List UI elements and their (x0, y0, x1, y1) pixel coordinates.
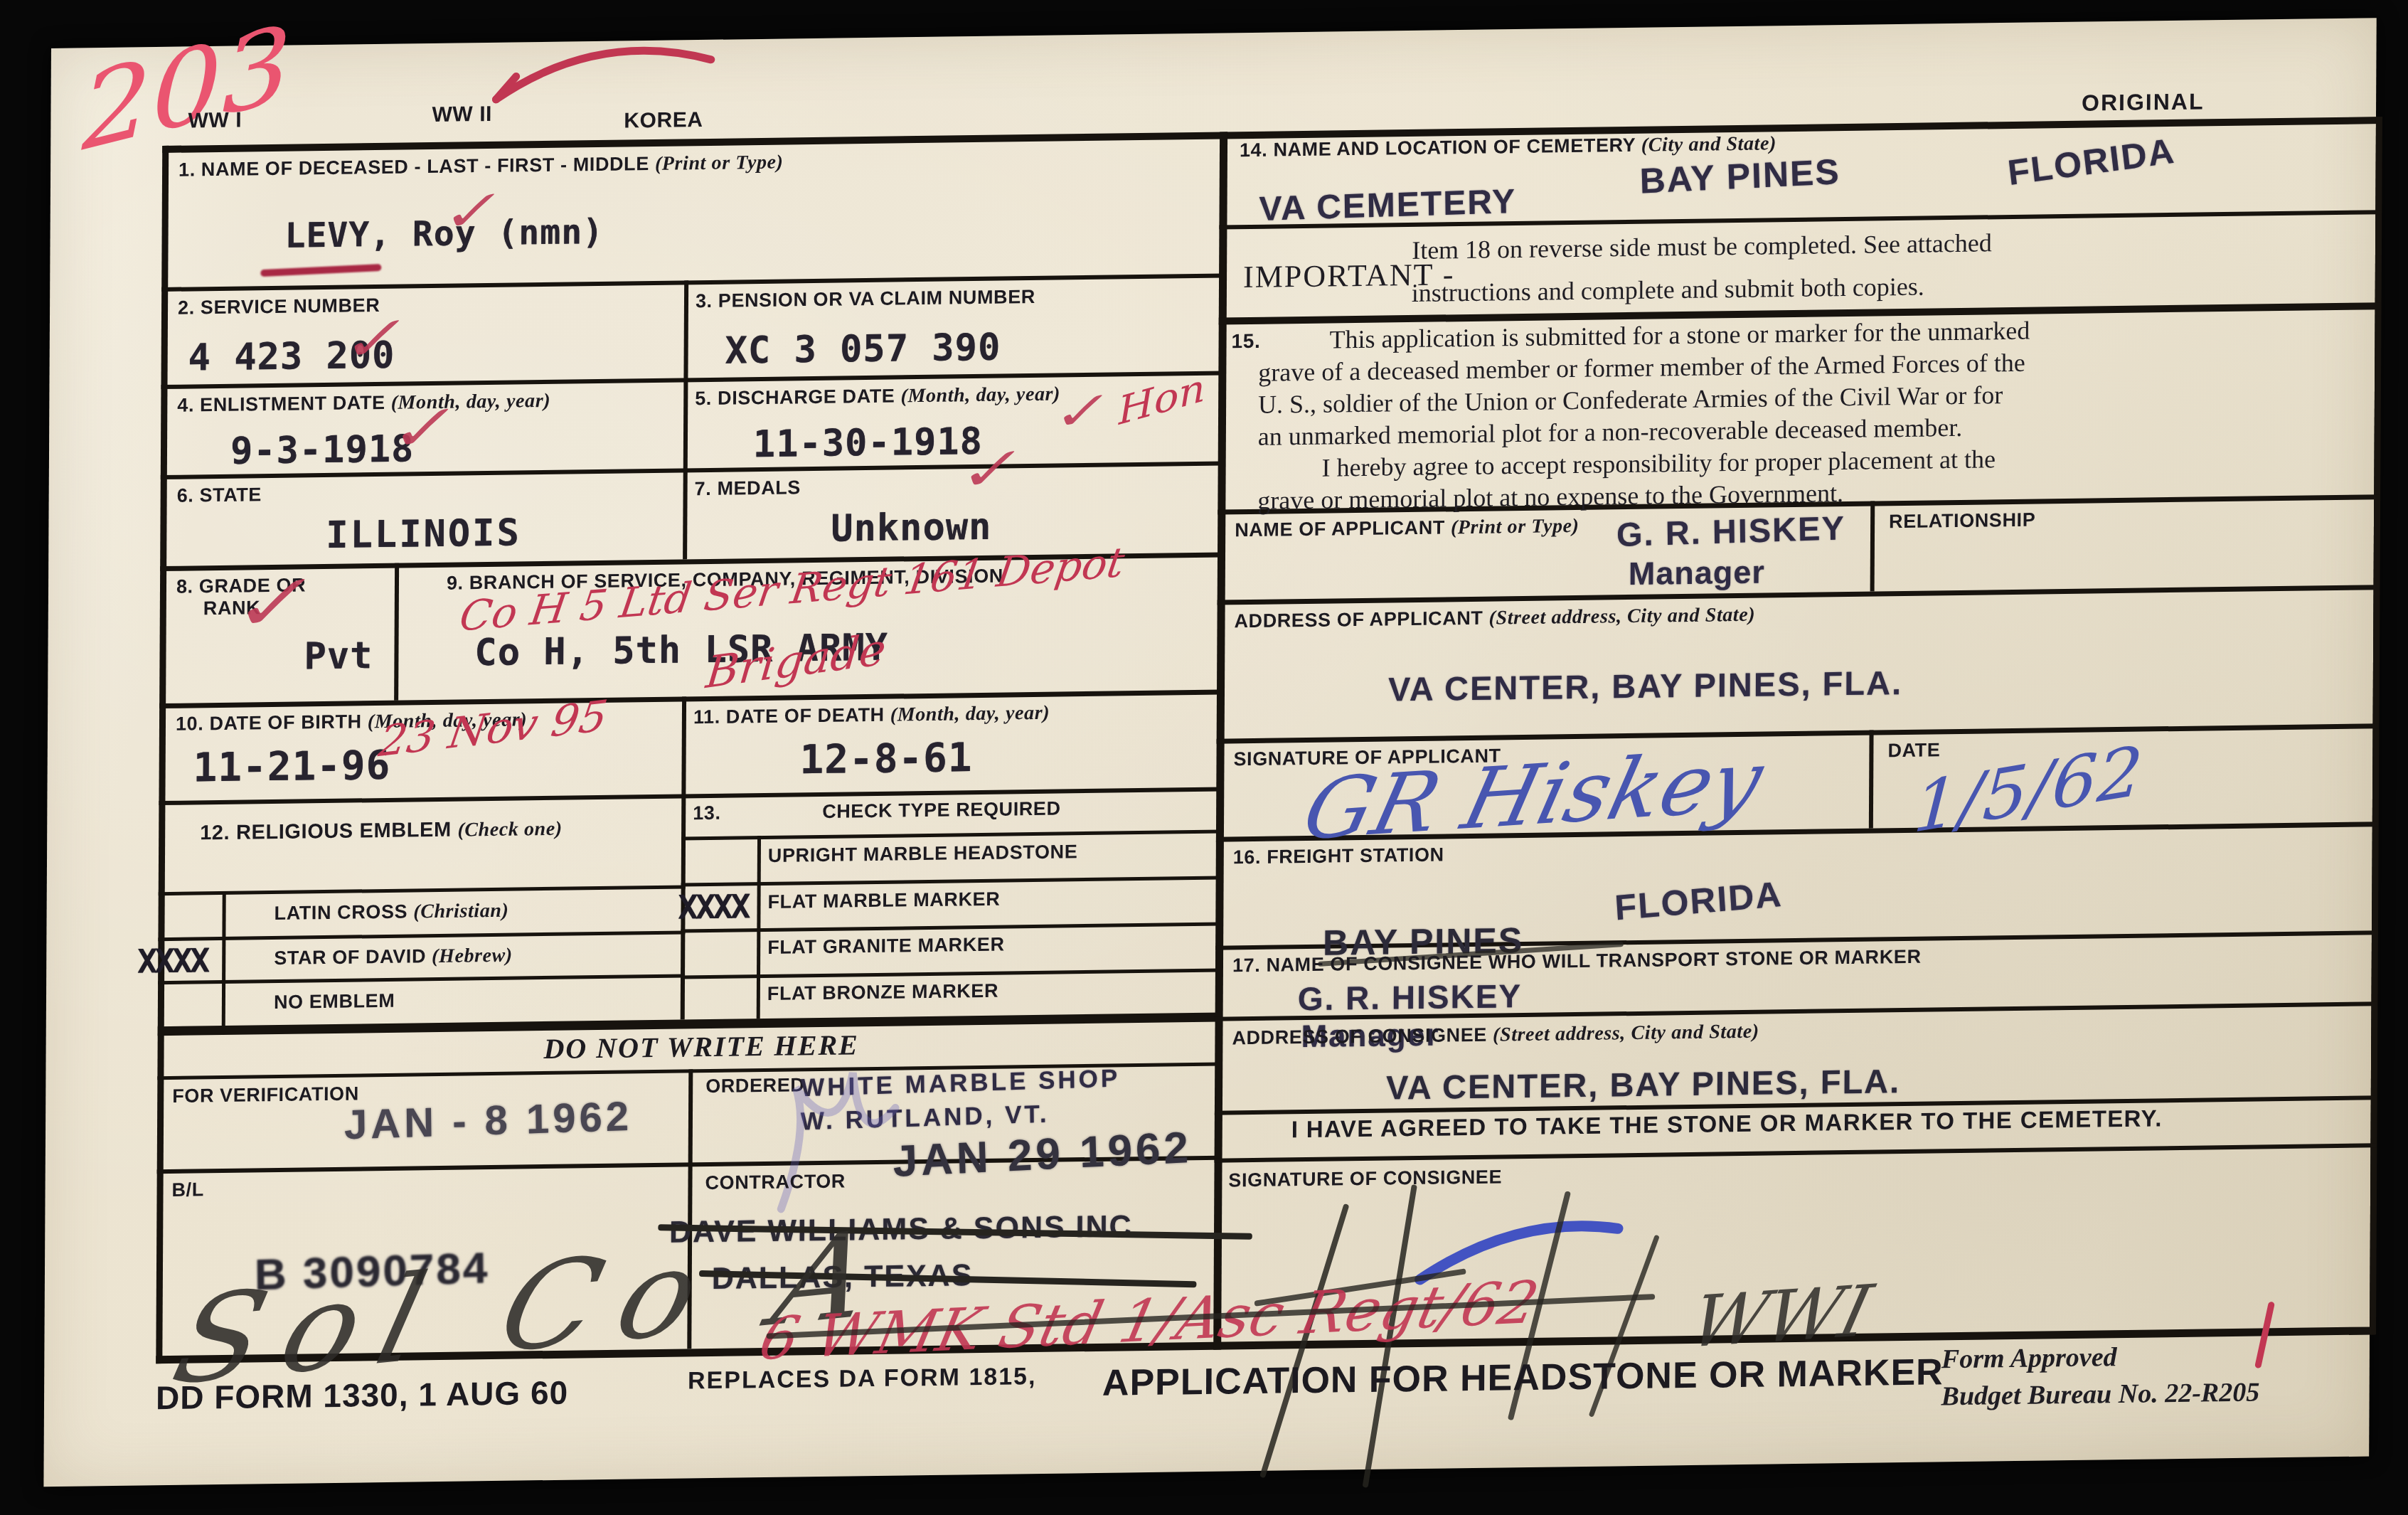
applicant-address-label: ADDRESS OF APPLICANT (Street address, Ci… (1234, 604, 1755, 634)
box15-line5: I hereby agree to accept responsibility … (1322, 444, 1996, 482)
consignee-address-label-italic: (Street address, City and State) (1493, 1021, 1759, 1046)
grid-line (757, 836, 761, 1019)
field-religious-emblem-label: 12. RELIGIOUS EMBLEM (Check one) (200, 817, 563, 846)
date-label: DATE (1887, 739, 1940, 762)
red-checkmark-icon: ✓ (339, 302, 415, 376)
scanned-document: 203 WW I WW II KOREA ORIGINAL 1. NAME OF… (0, 0, 2408, 1515)
field-claim-number-label: 3. PENSION OR VA CLAIM NUMBER (696, 286, 1035, 312)
type-selected-mark: XXXX (678, 887, 748, 926)
field-deceased-name-label: 1. NAME OF DECEASED - LAST - FIRST - MID… (179, 151, 784, 182)
type-option-flat-marble: FLAT MARBLE MARKER (767, 888, 1000, 913)
cemetery-stamp-va: VA CEMETERY (1259, 182, 1516, 229)
red-checkmark-icon: ✓ (1050, 378, 1117, 442)
type-option-upright-marble: UPRIGHT MARBLE HEADSTONE (768, 841, 1078, 867)
grid-line (156, 146, 169, 1363)
applicant-name-stamp: G. R. HISKEY (1616, 508, 1845, 554)
applicant-name-label: NAME OF APPLICANT (Print or Type) (1235, 515, 1579, 542)
emblem-option-latin-cross: LATIN CROSS (Christian) (274, 900, 508, 925)
field-deceased-name-label-italic: (Print or Type) (655, 151, 784, 175)
field-discharge-date-label-italic: (Month, day, year) (901, 383, 1061, 407)
field-death-date-label-text: 11. DATE OF DEATH (693, 704, 885, 728)
consignee-address-stamp: VA CENTER, BAY PINES, FLA. (1386, 1061, 1900, 1107)
emblem-option-label: LATIN CROSS (275, 901, 408, 924)
field-check-type-label: CHECK TYPE REQUIRED (822, 798, 1061, 823)
footer-approved-line2: Budget Bureau No. 22-R205 (1941, 1377, 2260, 1413)
branch-red-note-line1: Co H 5 Ltd Ser Regt 161 Depot (457, 538, 1128, 641)
copy-type-label: ORIGINAL (2082, 88, 2205, 116)
grid-line (222, 891, 226, 1026)
grid-line (1217, 723, 2379, 743)
grid-line (158, 974, 685, 984)
verification-date-stamp: JAN - 8 1962 (344, 1093, 633, 1149)
field-religious-emblem-label-text: 12. RELIGIOUS EMBLEM (200, 819, 452, 845)
field-religious-emblem-label-italic: (Check one) (457, 818, 563, 841)
applicant-title-stamp: Manager (1629, 554, 1765, 593)
signature-date-value: 1/5/62 (1911, 731, 2145, 849)
field-cemetery-label-text: 14. NAME AND LOCATION OF CEMETERY (1240, 134, 1636, 161)
freight-state-stamp: FLORIDA (1614, 873, 1784, 928)
consignee-address-label-text: ADDRESS OF CONSIGNEE (1232, 1024, 1487, 1049)
grid-line (1215, 1143, 2377, 1162)
grid-line (681, 969, 1220, 979)
freight-station-label: 16. FREIGHT STATION (1233, 844, 1444, 868)
war-label-korea: KOREA (624, 108, 703, 133)
contractor-label: CONTRACTOR (705, 1171, 846, 1195)
grid-line (1869, 730, 1874, 829)
grid-line (681, 876, 1221, 887)
grid-line (1870, 501, 1875, 591)
field-state-value: ILLINOIS (326, 511, 521, 557)
grid-line (683, 280, 688, 559)
grid-line (394, 563, 399, 701)
cemetery-stamp-state: FLORIDA (2005, 130, 2177, 193)
important-line1: Item 18 on reverse side must be complete… (1412, 228, 1992, 265)
grid-line (161, 273, 1224, 292)
war-label-ww1: WW I (188, 108, 242, 133)
relationship-label: RELATIONSHIP (1889, 509, 2035, 533)
emblem-option-label-italic: (Hebrew) (432, 945, 513, 967)
field-medals-label: 7. MEDALS (695, 477, 801, 500)
bottom-wwi-scrawl: WWI (1683, 1269, 1880, 1363)
footer-form-id: DD FORM 1330, 1 AUG 60 (156, 1373, 568, 1418)
field-deceased-name-label-text: 1. NAME OF DECEASED - LAST - FIRST - MID… (179, 153, 649, 181)
important-line2: instructions and complete and submit bot… (1412, 272, 1924, 308)
grid-line (1218, 585, 2380, 605)
field-cemetery-label-italic: (City and State) (1641, 132, 1776, 156)
grid-line (159, 885, 686, 895)
footer-title: APPLICATION FOR HEADSTONE OR MARKER (1102, 1351, 1944, 1404)
grid-line (158, 930, 685, 941)
war-label-ww2: WW II (432, 102, 492, 127)
applicant-address-label-italic: (Street address, City and State) (1489, 604, 1756, 629)
red-check-swoosh-icon (490, 27, 725, 115)
emblem-option-label-italic: (Christian) (413, 900, 508, 923)
grid-line (681, 830, 1221, 841)
applicant-address-stamp: VA CENTER, BAY PINES, FLA. (1388, 663, 1902, 708)
field-death-date-label: 11. DATE OF DEATH (Month, day, year) (693, 702, 1050, 730)
type-option-flat-granite: FLAT GRANITE MARKER (767, 934, 1005, 959)
field-birth-date-value: 11-21-96 (193, 743, 390, 792)
field-discharge-date-label-text: 5. DISCHARGE DATE (695, 386, 895, 410)
applicant-name-label-text: NAME OF APPLICANT (1235, 516, 1445, 541)
footer-replaces: REPLACES DA FORM 1815, (688, 1363, 1037, 1395)
field-state-label: 6. STATE (177, 484, 262, 507)
type-option-flat-bronze: FLAT BRONZE MARKER (767, 980, 998, 1005)
emblem-option-star-of-david: STAR OF DAVID (Hebrew) (274, 945, 513, 970)
applicant-address-label-text: ADDRESS OF APPLICANT (1234, 607, 1483, 632)
field-grade-value: Pvt (304, 634, 373, 678)
field-enlistment-date-label: 4. ENLISTMENT DATE (Month, day, year) (177, 390, 550, 418)
footer-approved-line1: Form Approved (1941, 1341, 2117, 1375)
field-discharge-date-label: 5. DISCHARGE DATE (Month, day, year) (695, 383, 1060, 410)
red-underline-annotation (260, 264, 381, 277)
field-death-date-label-italic: (Month, day, year) (890, 702, 1050, 726)
box15-line6: grave or memorial plot at no expense to … (1257, 478, 1843, 516)
form-paper: 203 WW I WW II KOREA ORIGINAL 1. NAME OF… (43, 18, 2376, 1487)
box15-number: 15. (1232, 330, 1261, 353)
emblem-option-no-emblem: NO EMBLEM (274, 990, 395, 1014)
emblem-selected-mark: XXXX (137, 941, 208, 980)
red-checkmark-icon: ✓ (956, 433, 1030, 505)
applicant-name-label-italic: (Print or Type) (1451, 515, 1579, 538)
field-medals-value: Unknown (831, 506, 991, 551)
red-checkmark-icon: ✓ (386, 390, 465, 467)
grid-line (159, 690, 1222, 709)
grid-line (681, 923, 1220, 933)
grid-line (159, 787, 1221, 806)
emblem-option-label: STAR OF DAVID (274, 945, 426, 969)
field-birth-date-label-text: 10. DATE OF BIRTH (176, 711, 362, 734)
field-check-type-number: 13. (693, 802, 721, 825)
field-claim-number-value: XC 3 057 390 (725, 326, 1001, 373)
cemetery-stamp-city: BAY PINES (1639, 151, 1841, 201)
consignee-signature-label: SIGNATURE OF CONSIGNEE (1228, 1166, 1502, 1191)
field-death-date-value: 12-8-61 (799, 735, 972, 783)
field-enlistment-date-label-text: 4. ENLISTMENT DATE (177, 392, 385, 416)
grid-line (681, 696, 686, 1019)
bl-label: B/L (171, 1179, 203, 1201)
for-verification-label: FOR VERIFICATION (172, 1083, 359, 1107)
field-discharge-date-value: 11-30-1918 (753, 420, 983, 466)
consignee-name-stamp: G. R. HISKEY (1298, 977, 1523, 1018)
